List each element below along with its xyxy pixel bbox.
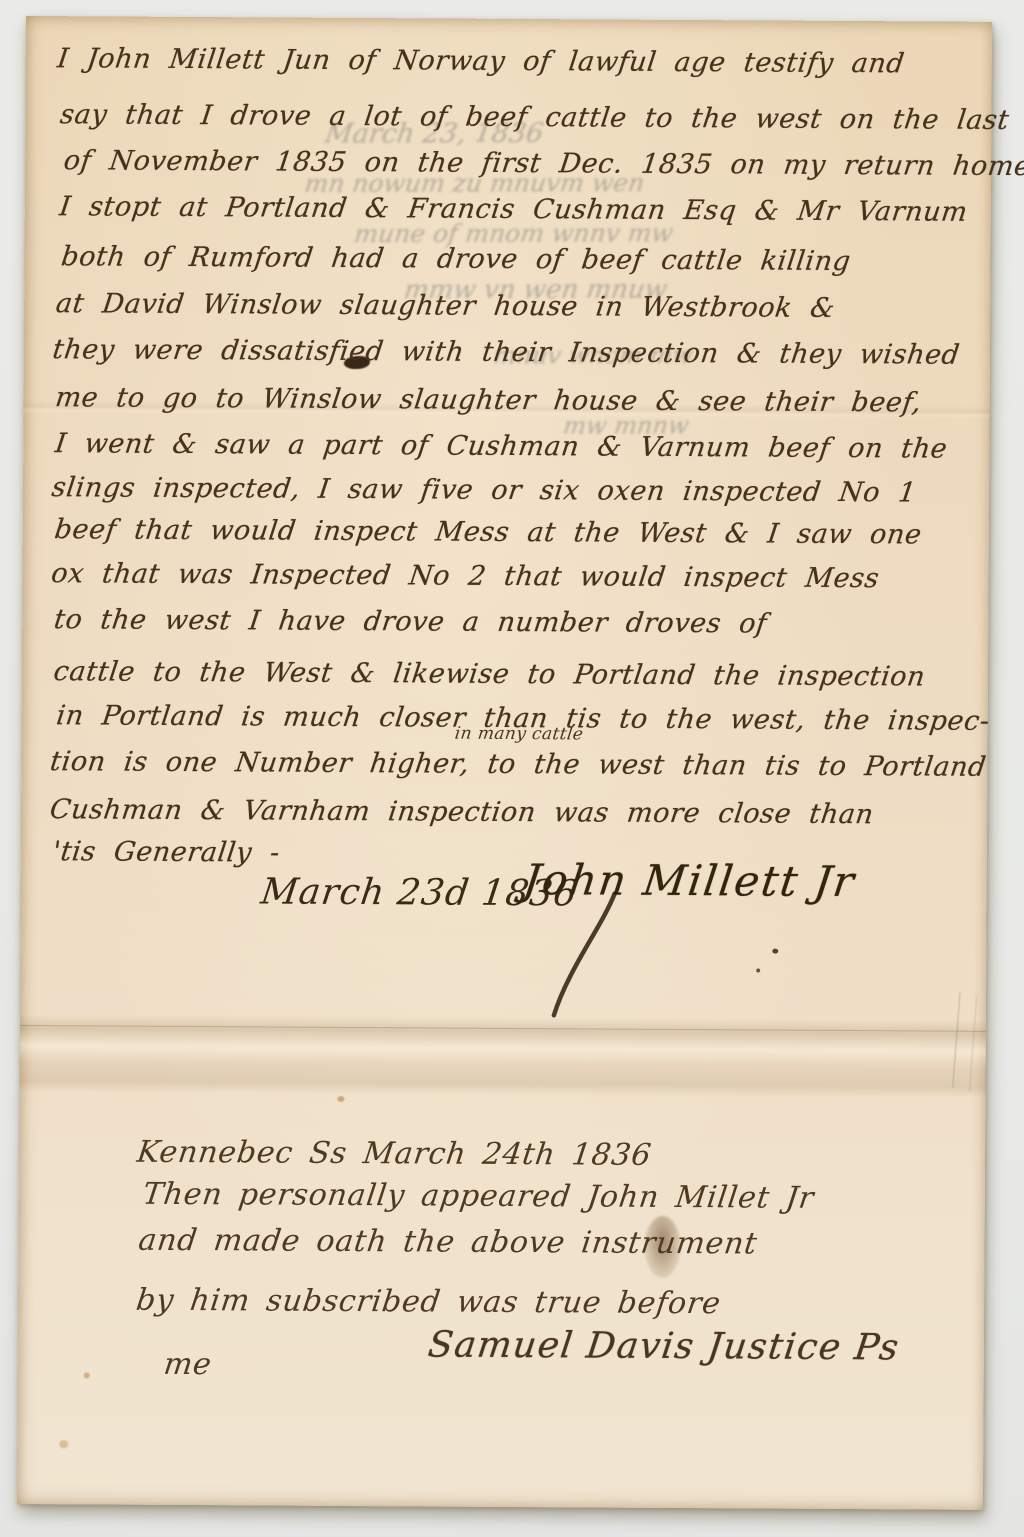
ink-spatter-dot — [756, 968, 760, 972]
manuscript-line-9: I went & saw a part of Cushman & Varnum … — [53, 428, 949, 464]
manuscript-page: March 23, 1836 mn nowum zu mnuvm wen mun… — [17, 16, 992, 1510]
manuscript-line-14: cattle to the West & likewise to Portlan… — [52, 656, 927, 692]
ink-spatter-dot — [772, 949, 778, 954]
notary-line-1: Kennebec Ss March 24th 1836 — [135, 1135, 654, 1173]
foxing-spot — [337, 1096, 344, 1102]
notary-line-3: and made oath the above instrument — [136, 1223, 759, 1262]
manuscript-line-6: at David Winslow slaughter house in West… — [54, 288, 837, 324]
manuscript-line-18: 'tis Generally - — [51, 836, 282, 868]
notary-line-2: Then personally appeared John Millet Jr — [141, 1177, 817, 1216]
manuscript-line-12: ox that was Inspected No 2 that would in… — [49, 558, 881, 594]
notary-line-4: by him subscribed was true before — [134, 1283, 723, 1322]
manuscript-line-11: beef that would inspect Mess at the West… — [53, 514, 924, 550]
manuscript-line-4: I stopt at Portland & Francis Cushman Es… — [58, 191, 970, 228]
manuscript-line-8: me to go to Winslow slaughter house & se… — [54, 382, 924, 418]
manuscript-line-10: slings inspected, I saw five or six oxen… — [50, 472, 918, 508]
manuscript-line-7: they were dissatisfied with their Inspec… — [51, 334, 962, 371]
foxing-spot — [59, 1440, 68, 1448]
signature-samuel-davis: Samuel Davis Justice Ps — [426, 1324, 902, 1368]
signature-john-millett: John Millett Jr — [521, 855, 859, 906]
manuscript-line-2: say that I drove a lot of beef cattle to… — [58, 99, 1011, 136]
notary-line-5: me — [162, 1347, 214, 1382]
manuscript-line-16: tion is one Number higher, to the west t… — [48, 746, 988, 783]
fold-crease-main — [19, 1014, 985, 1098]
manuscript-line-13: to the west I have drove a number droves… — [52, 604, 769, 639]
interlinear-insertion: in many cattle — [454, 724, 585, 745]
manuscript-line-1: I John Millett Jun of Norway of lawful a… — [56, 43, 907, 79]
manuscript-line-5: both of Rumford had a drove of beef catt… — [59, 241, 852, 277]
scan-background: March 23, 1836 mn nowum zu mnuvm wen mun… — [0, 0, 1024, 1537]
foxing-spot — [84, 1372, 90, 1378]
fold-crease-line — [20, 1025, 986, 1032]
edge-tear-mark — [952, 992, 977, 1092]
manuscript-line-3: of November 1835 on the first Dec. 1835 … — [62, 145, 1024, 182]
manuscript-line-17: Cushman & Varnham inspection was more cl… — [48, 794, 876, 830]
